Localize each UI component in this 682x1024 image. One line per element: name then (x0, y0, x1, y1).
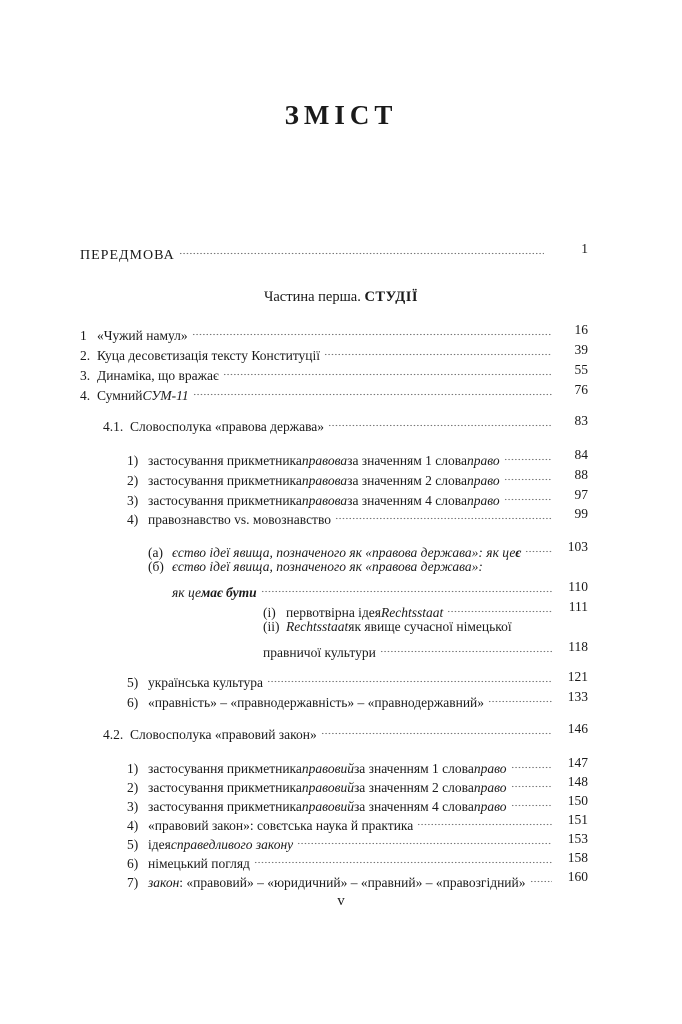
toc-entry[interactable]: 6)німецький погляд (127, 848, 556, 868)
entry-text: закон (148, 873, 179, 893)
entry-number: (б) (148, 557, 172, 577)
toc-entry[interactable]: 3.Динаміка, що вражає (80, 360, 556, 380)
toc-entry[interactable]: 2.Куца десовєтизація тексту Конституції (80, 340, 556, 360)
page-number: 153 (548, 829, 588, 849)
entry-text: : «правовий» – «юридичний» – «правний» –… (179, 873, 525, 893)
entry-text: ПЕРЕДМОВА (80, 246, 175, 266)
entry-text: «правність» – «правнодержавність» – «пра… (148, 693, 484, 713)
page-number: 160 (548, 867, 588, 887)
leader-dots (511, 772, 553, 792)
toc-entry[interactable]: 4.1.Словосполука «правова держава» (103, 411, 556, 431)
entry-number: 4. (80, 386, 97, 406)
toc-entry[interactable]: правничої культури (263, 637, 556, 657)
entry-text: Сумний (97, 386, 142, 406)
toc-entry[interactable]: 5)українська культура (127, 667, 556, 687)
page-number: 103 (548, 537, 588, 557)
part-name: СТУДІЇ (364, 289, 418, 305)
leader-dots (192, 320, 552, 340)
page-folio: v (0, 893, 682, 910)
toc-entry-preface[interactable]: ПЕРЕДМОВА (80, 239, 548, 259)
page-number: 39 (548, 340, 588, 360)
leader-dots (324, 340, 552, 360)
page-number: 151 (548, 810, 588, 830)
part-heading: Частина перша. СТУДІЇ (0, 289, 682, 306)
leader-dots (511, 791, 553, 811)
page-number: 118 (548, 637, 588, 657)
toc-entry[interactable]: 7)закон: «правовий» – «юридичний» – «пра… (127, 867, 556, 887)
toc-entry[interactable]: (i)первотвірна ідея Rechtsstaat (263, 597, 556, 617)
entry-text: правознавство vs. мовознавство (148, 510, 331, 530)
page-number: 76 (548, 380, 588, 400)
page-number: 150 (548, 791, 588, 811)
entry-number: 4.1. (103, 417, 130, 437)
leader-dots (297, 829, 552, 849)
toc-entry[interactable]: 4)«правовий закон»: совєтська наука й пр… (127, 810, 556, 830)
page-number: 97 (548, 485, 588, 505)
leader-dots (179, 239, 544, 259)
entry-number: 4) (127, 510, 148, 530)
toc-entry[interactable]: 2)застосування прикметника правова за зн… (127, 465, 556, 485)
leader-dots (504, 465, 552, 485)
toc-entry[interactable]: як це має бути (172, 577, 556, 597)
leader-dots (417, 810, 552, 830)
toc-entry[interactable]: 1)застосування прикметника правова за зн… (127, 445, 556, 465)
page-number: 133 (548, 687, 588, 707)
page-title: ЗМІСТ (0, 100, 682, 131)
leader-dots (193, 380, 552, 400)
entry-text: СУМ-11 (142, 386, 188, 406)
leader-dots (511, 753, 553, 773)
leader-dots (447, 597, 552, 617)
leader-dots (223, 360, 552, 380)
entry-text: як це (172, 583, 201, 603)
page-number: 148 (548, 772, 588, 792)
toc-entry[interactable]: 6)«правність» – «правнодержавність» – «п… (127, 687, 556, 707)
page-number: 121 (548, 667, 588, 687)
page-number: 99 (548, 504, 588, 524)
leader-dots (335, 504, 552, 524)
toc-entry[interactable]: (ii)Rechtsstaat як явище сучасної німець… (263, 617, 556, 637)
toc-entry[interactable]: 4.2.Словосполука «правовий закон» (103, 719, 556, 739)
page-number: 88 (548, 465, 588, 485)
toc-entry[interactable]: 1«Чужий намул» (80, 320, 556, 340)
toc-entry[interactable]: 3)застосування прикметника правовий за з… (127, 791, 556, 811)
entry-number: 7) (127, 873, 148, 893)
page-number: 84 (548, 445, 588, 465)
leader-dots (504, 485, 552, 505)
entry-number: (ii) (263, 617, 286, 637)
entry-number: 6) (127, 693, 148, 713)
toc-entry[interactable]: 1)застосування прикметника правовий за з… (127, 753, 556, 773)
toc-entry[interactable]: (б)єство ідеї явища, позначеного як «пра… (148, 557, 556, 577)
toc-entry[interactable]: 4)правознавство vs. мовознавство (127, 504, 556, 524)
page-number: 158 (548, 848, 588, 868)
toc-entry[interactable]: 4.Сумний СУМ-11 (80, 380, 556, 400)
page-number: 55 (548, 360, 588, 380)
entry-text: як явище сучасної німецької (348, 617, 511, 637)
entry-text: Словосполука «правовий закон» (130, 725, 317, 745)
toc-entry[interactable]: 3)застосування прикметника правова за зн… (127, 485, 556, 505)
part-prefix: Частина перша. (264, 289, 361, 305)
page-number: 110 (548, 577, 588, 597)
leader-dots (380, 637, 552, 657)
entry-number: 4.2. (103, 725, 130, 745)
entry-text: має бути (201, 583, 257, 603)
toc-entry[interactable]: 5)ідея справедливого закону (127, 829, 556, 849)
leader-dots (328, 411, 552, 431)
page-number: 83 (548, 411, 588, 431)
page-number: 146 (548, 719, 588, 739)
entry-text: Словосполука «правова держава» (130, 417, 324, 437)
leader-dots (488, 687, 552, 707)
entry-text: єство ідеї явища, позначеного як «правов… (172, 557, 483, 577)
toc-entry[interactable]: (а)єство ідеї явища, позначеного як «пра… (148, 537, 556, 557)
leader-dots (504, 445, 552, 465)
leader-dots (254, 848, 552, 868)
page-number: 147 (548, 753, 588, 773)
page-number: 1 (548, 239, 588, 259)
toc-entry[interactable]: 2)застосування прикметника правовий за з… (127, 772, 556, 792)
leader-dots (261, 577, 552, 597)
leader-dots (267, 667, 552, 687)
entry-text: Rechtsstaat (286, 617, 348, 637)
leader-dots (321, 719, 552, 739)
page-number: 16 (548, 320, 588, 340)
entry-text: правничої культури (263, 643, 376, 663)
page-number: 111 (548, 597, 588, 617)
